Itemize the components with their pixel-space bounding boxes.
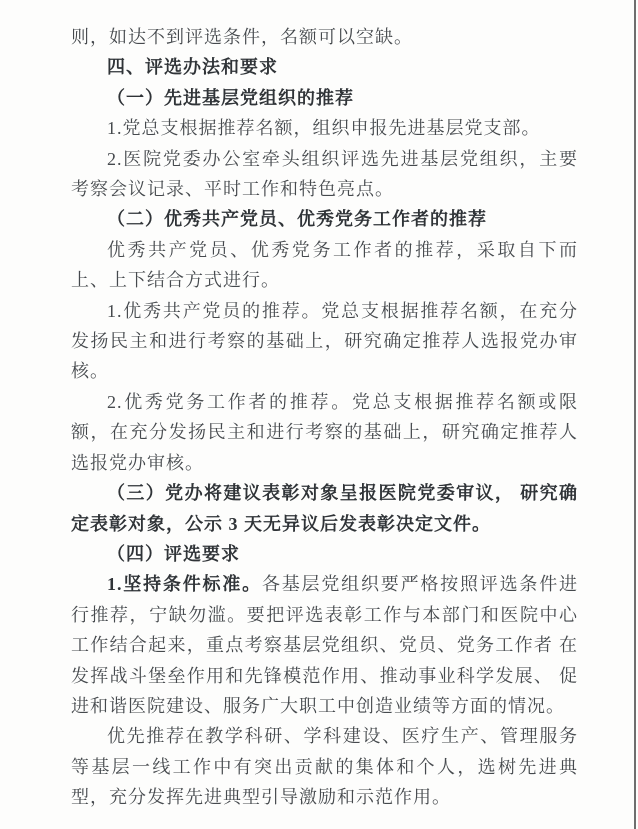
body-paragraph: 2.医院党委办公室牵头组织评选先进基层党组织，主要考察会议记录、平时工作和特色亮… — [71, 144, 578, 205]
heading-paragraph: （四）评选要求 — [71, 539, 578, 569]
document-body: 则，如达不到评选条件，名额可以空缺。四、评选办法和要求（一）先进基层党组织的推荐… — [71, 22, 578, 813]
heading-paragraph: （三）党办将建议表彰对象呈报医院党委审议， 研究确定表彰对象，公示 3 天无异议… — [71, 478, 578, 539]
scan-edge-line — [634, 0, 636, 829]
body-paragraph: 1.党总支根据推荐名额，组织申报先进基层党支部。 — [71, 113, 578, 143]
body-paragraph: 优秀共产党员、优秀党务工作者的推荐，采取自下而上、上下结合方式进行。 — [71, 235, 578, 296]
heading-paragraph: （一）先进基层党组织的推荐 — [71, 83, 578, 113]
body-paragraph: 则，如达不到评选条件，名额可以空缺。 — [71, 22, 578, 52]
body-paragraph: 优先推荐在教学科研、学科建设、医疗生产、管理服务等基层一线工作中有突出贡献的集体… — [71, 721, 578, 812]
document-page: 则，如达不到评选条件，名额可以空缺。四、评选办法和要求（一）先进基层党组织的推荐… — [0, 0, 638, 829]
body-paragraph: 1.坚持条件标准。各基层党组织要严格按照评选条件进 行推荐，宁缺勿滥。要把评选表… — [71, 569, 578, 721]
heading-paragraph: （二）优秀共产党员、优秀党务工作者的推荐 — [71, 204, 578, 234]
heading-paragraph: 四、评选办法和要求 — [71, 52, 578, 82]
body-paragraph: 2.优秀党务工作者的推荐。党总支根据推荐名额或限额，在充分发扬民主和进行考察的基… — [71, 387, 578, 478]
body-paragraph: 1.优秀共产党员的推荐。党总支根据推荐名额，在充分发扬民主和进行考察的基础上，研… — [71, 296, 578, 387]
run-in-heading: 1.坚持条件标准。 — [107, 574, 262, 594]
